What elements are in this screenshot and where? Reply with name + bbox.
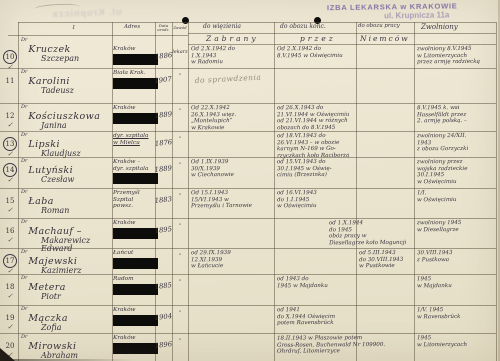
redaction-bar xyxy=(113,228,158,239)
profession: " xyxy=(172,188,188,218)
table-row: 11 DrKarolini Tadeusz Biała Krak. 1907 "… xyxy=(0,68,500,103)
address-text: Kraków – dyr. szpitala xyxy=(113,159,154,172)
profession: " xyxy=(172,103,188,131)
birth-year: 1885 xyxy=(153,273,173,306)
release-entry: zwolniony 8.V.1945 w Litomierzycach prze… xyxy=(415,44,498,69)
address-text: Kraków xyxy=(113,105,154,112)
conc-camp-entry: 18.II.1943 w Płaszowie potem Gross-Rosen… xyxy=(275,332,483,361)
redaction-bar xyxy=(113,173,158,184)
redaction-bar xyxy=(113,258,158,269)
profession: " xyxy=(172,333,188,361)
release-entry: zwolniony przez wojska radzieckie 30.I.1… xyxy=(415,157,498,189)
person-name: DrKruczek Szczepan xyxy=(21,36,111,68)
address-text: Biała Krak. xyxy=(113,70,154,77)
row-number: 19 xyxy=(6,314,15,322)
table-row: 18 ✓ DrMetera Piotr Radom 1885 " od 1943… xyxy=(0,274,500,305)
address-cell: Przemyśl Szpital powsz. xyxy=(113,188,154,218)
header-zabrany: Zabrany xyxy=(206,34,259,43)
header-adres: Adres xyxy=(124,24,140,30)
dr-prefix: Dr xyxy=(21,219,27,225)
conc-camp-entry: od 1941 do X.1944 Oświęcim potem Ravensb… xyxy=(275,305,357,334)
address-cell: dyr. szpitala w Mielcu xyxy=(113,131,154,157)
row-number-cell: 18 ✓ xyxy=(2,274,18,305)
dr-prefix: Dr xyxy=(21,69,27,75)
header-name-mark: 1 xyxy=(72,25,76,31)
first-name: Roman xyxy=(41,207,111,215)
redaction-bar xyxy=(113,54,158,65)
header-do-obozu-konc: do obozu konc. xyxy=(280,23,326,30)
person-name: DrKarolini Tadeusz xyxy=(21,68,111,103)
prison-entry xyxy=(189,218,276,249)
address-cell: Biała Krak. xyxy=(113,68,154,103)
labor-camp-entry xyxy=(357,103,416,131)
conc-camp-entry: od 1943 do 1945 w Majdanku xyxy=(275,274,357,306)
row-number-cell: 14 ✓ xyxy=(2,157,18,188)
address-cell: Radom xyxy=(113,274,154,305)
address-text: Kraków xyxy=(113,335,154,342)
person-name: DrKościuszkowa Janina xyxy=(21,103,111,131)
checkmark-pencil-icon: ✓ xyxy=(2,292,18,300)
dr-prefix: Dr xyxy=(21,104,27,110)
release-entry: 30.VIII.1943 z Pustkowa xyxy=(415,248,498,275)
address-text: Kraków xyxy=(113,220,154,227)
conc-camp-entry: od 26.X.1943 do 21.VI.1944 w Oświęcimiu … xyxy=(275,103,357,132)
office-stamp: IZBA LEKARSKA w KRAKOWIE ul. Krupnicza 1… xyxy=(327,1,499,21)
row-number: 15 xyxy=(6,197,15,205)
person-name: DrMajewski Kazimierz xyxy=(21,248,111,274)
address-text: Kraków xyxy=(113,307,154,314)
birth-year: 1904 xyxy=(154,304,174,334)
conc-camp-entry: od 16.VI.1943 do 1.I.1945 w Oświęcimiu xyxy=(275,188,357,219)
dr-prefix: Dr xyxy=(21,306,27,312)
person-name: DrŁaba Roman xyxy=(21,188,111,218)
dr-prefix: Dr xyxy=(21,158,27,164)
dr-prefix: Dr xyxy=(21,249,27,255)
prison-entry xyxy=(189,131,276,158)
prison-entry: Od 1.IX.1939 30/X.1939 w Ciechanowie xyxy=(189,157,276,189)
row-number-cell: 19 ✓ xyxy=(2,305,18,333)
dr-prefix: Dr xyxy=(21,334,27,340)
profession: " xyxy=(172,157,188,188)
header-do-obozu-pracy: do obozu pracy xyxy=(358,23,400,29)
redaction-bar xyxy=(113,343,158,354)
person-name: DrLutyński Czesław xyxy=(21,157,111,188)
checkmark-pencil-icon: ✓ xyxy=(2,323,18,331)
first-name: Czesław xyxy=(41,176,111,184)
dr-prefix: Dr xyxy=(21,132,27,138)
checkmark-pencil-icon: ✓ xyxy=(2,206,18,214)
first-name: Szczepan xyxy=(41,55,111,63)
row-number-cell: 10 ✓ xyxy=(2,44,18,68)
scanned-ledger-page: ul. Krupnicza IZBA LEKARSKA w KRAKOWIE u… xyxy=(0,0,500,361)
release-entry: 1945 w Majdanku xyxy=(415,274,498,306)
table-row: 17 ✓ DrMajewski Kazimierz Łańcut " od 29… xyxy=(0,248,500,274)
labor-camp-entry xyxy=(357,44,416,68)
conc-camp-entry xyxy=(275,248,357,275)
person-name: DrLipski Klaudjusz xyxy=(21,131,111,157)
prison-entry xyxy=(189,274,276,306)
address-cell: Kraków xyxy=(113,103,154,131)
birth-year: 1883 xyxy=(153,187,173,219)
birth-year: 1889 xyxy=(154,102,174,132)
address-text: Kraków xyxy=(113,46,154,53)
row-number: 13 xyxy=(3,137,17,151)
row-number-cell: 16 ✓ xyxy=(2,218,18,248)
birth-year: 1876 xyxy=(154,130,174,158)
prison-entry xyxy=(189,333,276,361)
birth-year: 1895 xyxy=(153,217,173,249)
header-data-urodz: Data urodz. xyxy=(156,24,171,33)
row-number: 10 xyxy=(3,50,17,64)
labor-camp-entry xyxy=(357,305,416,333)
prison-entry: od 29.IX.1939 12.XI.1939 w Łańcucie xyxy=(189,248,276,275)
profession: " xyxy=(172,131,188,157)
conc-camp-entry: Od 2.X.1942 do 8.V.1945 w Oświęcimiu xyxy=(275,44,357,69)
header-niemcow: Niemców xyxy=(360,34,410,43)
birth-year xyxy=(154,247,174,275)
table-row: 16 ✓ DrMachauf – Makarewicz Edward Krakó… xyxy=(0,218,500,248)
row-number: 18 xyxy=(6,283,15,291)
dr-prefix: Dr xyxy=(21,37,27,43)
conc-camp-entry xyxy=(275,68,357,104)
person-name: DrMetera Piotr xyxy=(21,274,111,305)
address-cell: Kraków xyxy=(113,333,154,361)
person-name: DrMachauf – Makarewicz Edward xyxy=(21,218,111,248)
address-text: dyr. szpitala w Mielcu xyxy=(113,133,154,146)
header-zawod: Zawód xyxy=(172,26,188,30)
checkmark-pencil-icon: ✓ xyxy=(2,176,18,184)
person-name: DrMączka Zofia xyxy=(21,305,111,333)
labor-camp-entry xyxy=(357,68,416,103)
prison-entry: Od 15.I.1943 15/VI.1943 w Przemyślu i Ta… xyxy=(189,188,276,219)
labor-camp-entry: od 5.III.1943 do 30.VIII.1943 w Pustkowi… xyxy=(357,248,416,274)
row-number: 12 xyxy=(6,112,15,120)
prison-entry: Od 22.X.1942 26.X.1943 więz. „Montelupic… xyxy=(189,103,276,132)
conc-camp-entry: od 18.VI.1943 do 26.VI.1943 – w obozie k… xyxy=(275,131,357,158)
table-row: 20 ✓ DrMirowski Abraham Kraków 1896 " 18… xyxy=(0,333,500,361)
dr-prefix: Dr xyxy=(21,189,27,195)
row-number-cell: 11 xyxy=(2,68,18,103)
labor-camp-entry xyxy=(357,157,416,188)
table-row: 19 ✓ DrMączka Zofia Kraków 1904 " od 194… xyxy=(0,305,500,333)
conc-camp-entry: od 15.VI.1943 do 30.I.1945 w Oświę- cimi… xyxy=(275,157,357,189)
address-cell: Kraków xyxy=(113,218,154,248)
header-przez: przez xyxy=(300,34,336,43)
row-number: 16 xyxy=(6,227,15,235)
birth-year: 1886 xyxy=(154,43,173,69)
stamp-ink-bleed: ul. Krupnicza xyxy=(52,7,122,19)
address-text: Przemyśl Szpital powsz. xyxy=(113,190,154,210)
header-do-wiezienia: do więzienia xyxy=(203,23,241,30)
birth-year: 1907 xyxy=(153,67,174,104)
address-text: Łańcut xyxy=(113,250,154,257)
stamp-line2: ul. Krupnicza 11a xyxy=(384,10,499,21)
profession: " xyxy=(172,68,188,103)
prison-entry: Od 2.X.1942 do 1.X.1943 w Radomiu xyxy=(189,44,276,69)
redaction-bar xyxy=(113,113,158,124)
prison-entry: do sprawdzenia xyxy=(188,66,280,106)
checkmark-pencil-icon: ✓ xyxy=(2,121,18,129)
release-entry xyxy=(415,68,498,104)
checkmark-pencil-icon: ✓ xyxy=(2,236,18,244)
row-number: 17 xyxy=(3,254,17,268)
prison-entry xyxy=(189,305,276,334)
labor-camp-entry xyxy=(357,188,416,218)
row-number: 14 xyxy=(3,163,17,177)
profession: " xyxy=(172,248,188,274)
first-name: Janina xyxy=(41,122,111,130)
row-number-cell: 13 ✓ xyxy=(2,131,18,157)
redaction-bar xyxy=(113,315,158,326)
first-name: Zofia xyxy=(41,324,111,332)
row-number-cell: 12 ✓ xyxy=(2,103,18,131)
profession: " xyxy=(172,218,188,248)
labor-camp-entry xyxy=(357,274,416,305)
release-entry: 8.V.1945 k. wsi Hasselfäldt przez 2. arm… xyxy=(415,103,498,132)
person-name: DrMirowski Abraham xyxy=(21,333,111,361)
profession: lekarz xyxy=(172,44,188,68)
row-number: 11 xyxy=(6,77,15,85)
labor-camp-entry xyxy=(357,131,416,157)
table-row: 15 ✓ DrŁaba Roman Przemyśl Szpital powsz… xyxy=(0,188,500,218)
table-row: 10 ✓ DrKruczek Szczepan Kraków 1886 leka… xyxy=(0,44,500,68)
address-cell: Łańcut xyxy=(113,248,154,274)
release-entry: 1/V. 1945 w Ravensbrück xyxy=(415,305,498,334)
address-text: Radom xyxy=(113,276,154,283)
redaction-bar xyxy=(113,78,158,89)
redaction-bar xyxy=(113,284,158,295)
profession: " xyxy=(172,305,188,333)
table-row: 14 ✓ DrLutyński Czesław Kraków – dyr. sz… xyxy=(0,157,500,188)
birth-year: 1896 xyxy=(154,332,174,361)
row-number-cell: 15 ✓ xyxy=(2,188,18,218)
first-name: Tadeusz xyxy=(41,87,111,95)
release-entry: zwolniony 24/XII. 1943 z obozu Gorzyczki xyxy=(415,131,498,158)
row-number-cell: 17 ✓ xyxy=(2,248,18,274)
first-name: Piotr xyxy=(41,293,111,301)
profession: " xyxy=(172,274,188,305)
header-zwolniony: Zwolniony xyxy=(421,23,458,31)
address-cell: Kraków xyxy=(113,44,154,68)
birth-year: 1889 xyxy=(153,156,173,189)
table-row: 13 ✓ DrLipski Klaudjusz dyr. szpitala w … xyxy=(0,131,500,157)
table-row: 12 ✓ DrKościuszkowa Janina Kraków 1889 "… xyxy=(0,103,500,131)
address-cell: Kraków xyxy=(113,305,154,333)
address-cell: Kraków – dyr. szpitala xyxy=(113,157,154,188)
release-entry: zwolniony 1945 w Diesellagrze xyxy=(415,218,498,249)
dr-prefix: Dr xyxy=(21,275,27,281)
release-entry: 1/I. w Oświęcimiu xyxy=(415,188,498,219)
